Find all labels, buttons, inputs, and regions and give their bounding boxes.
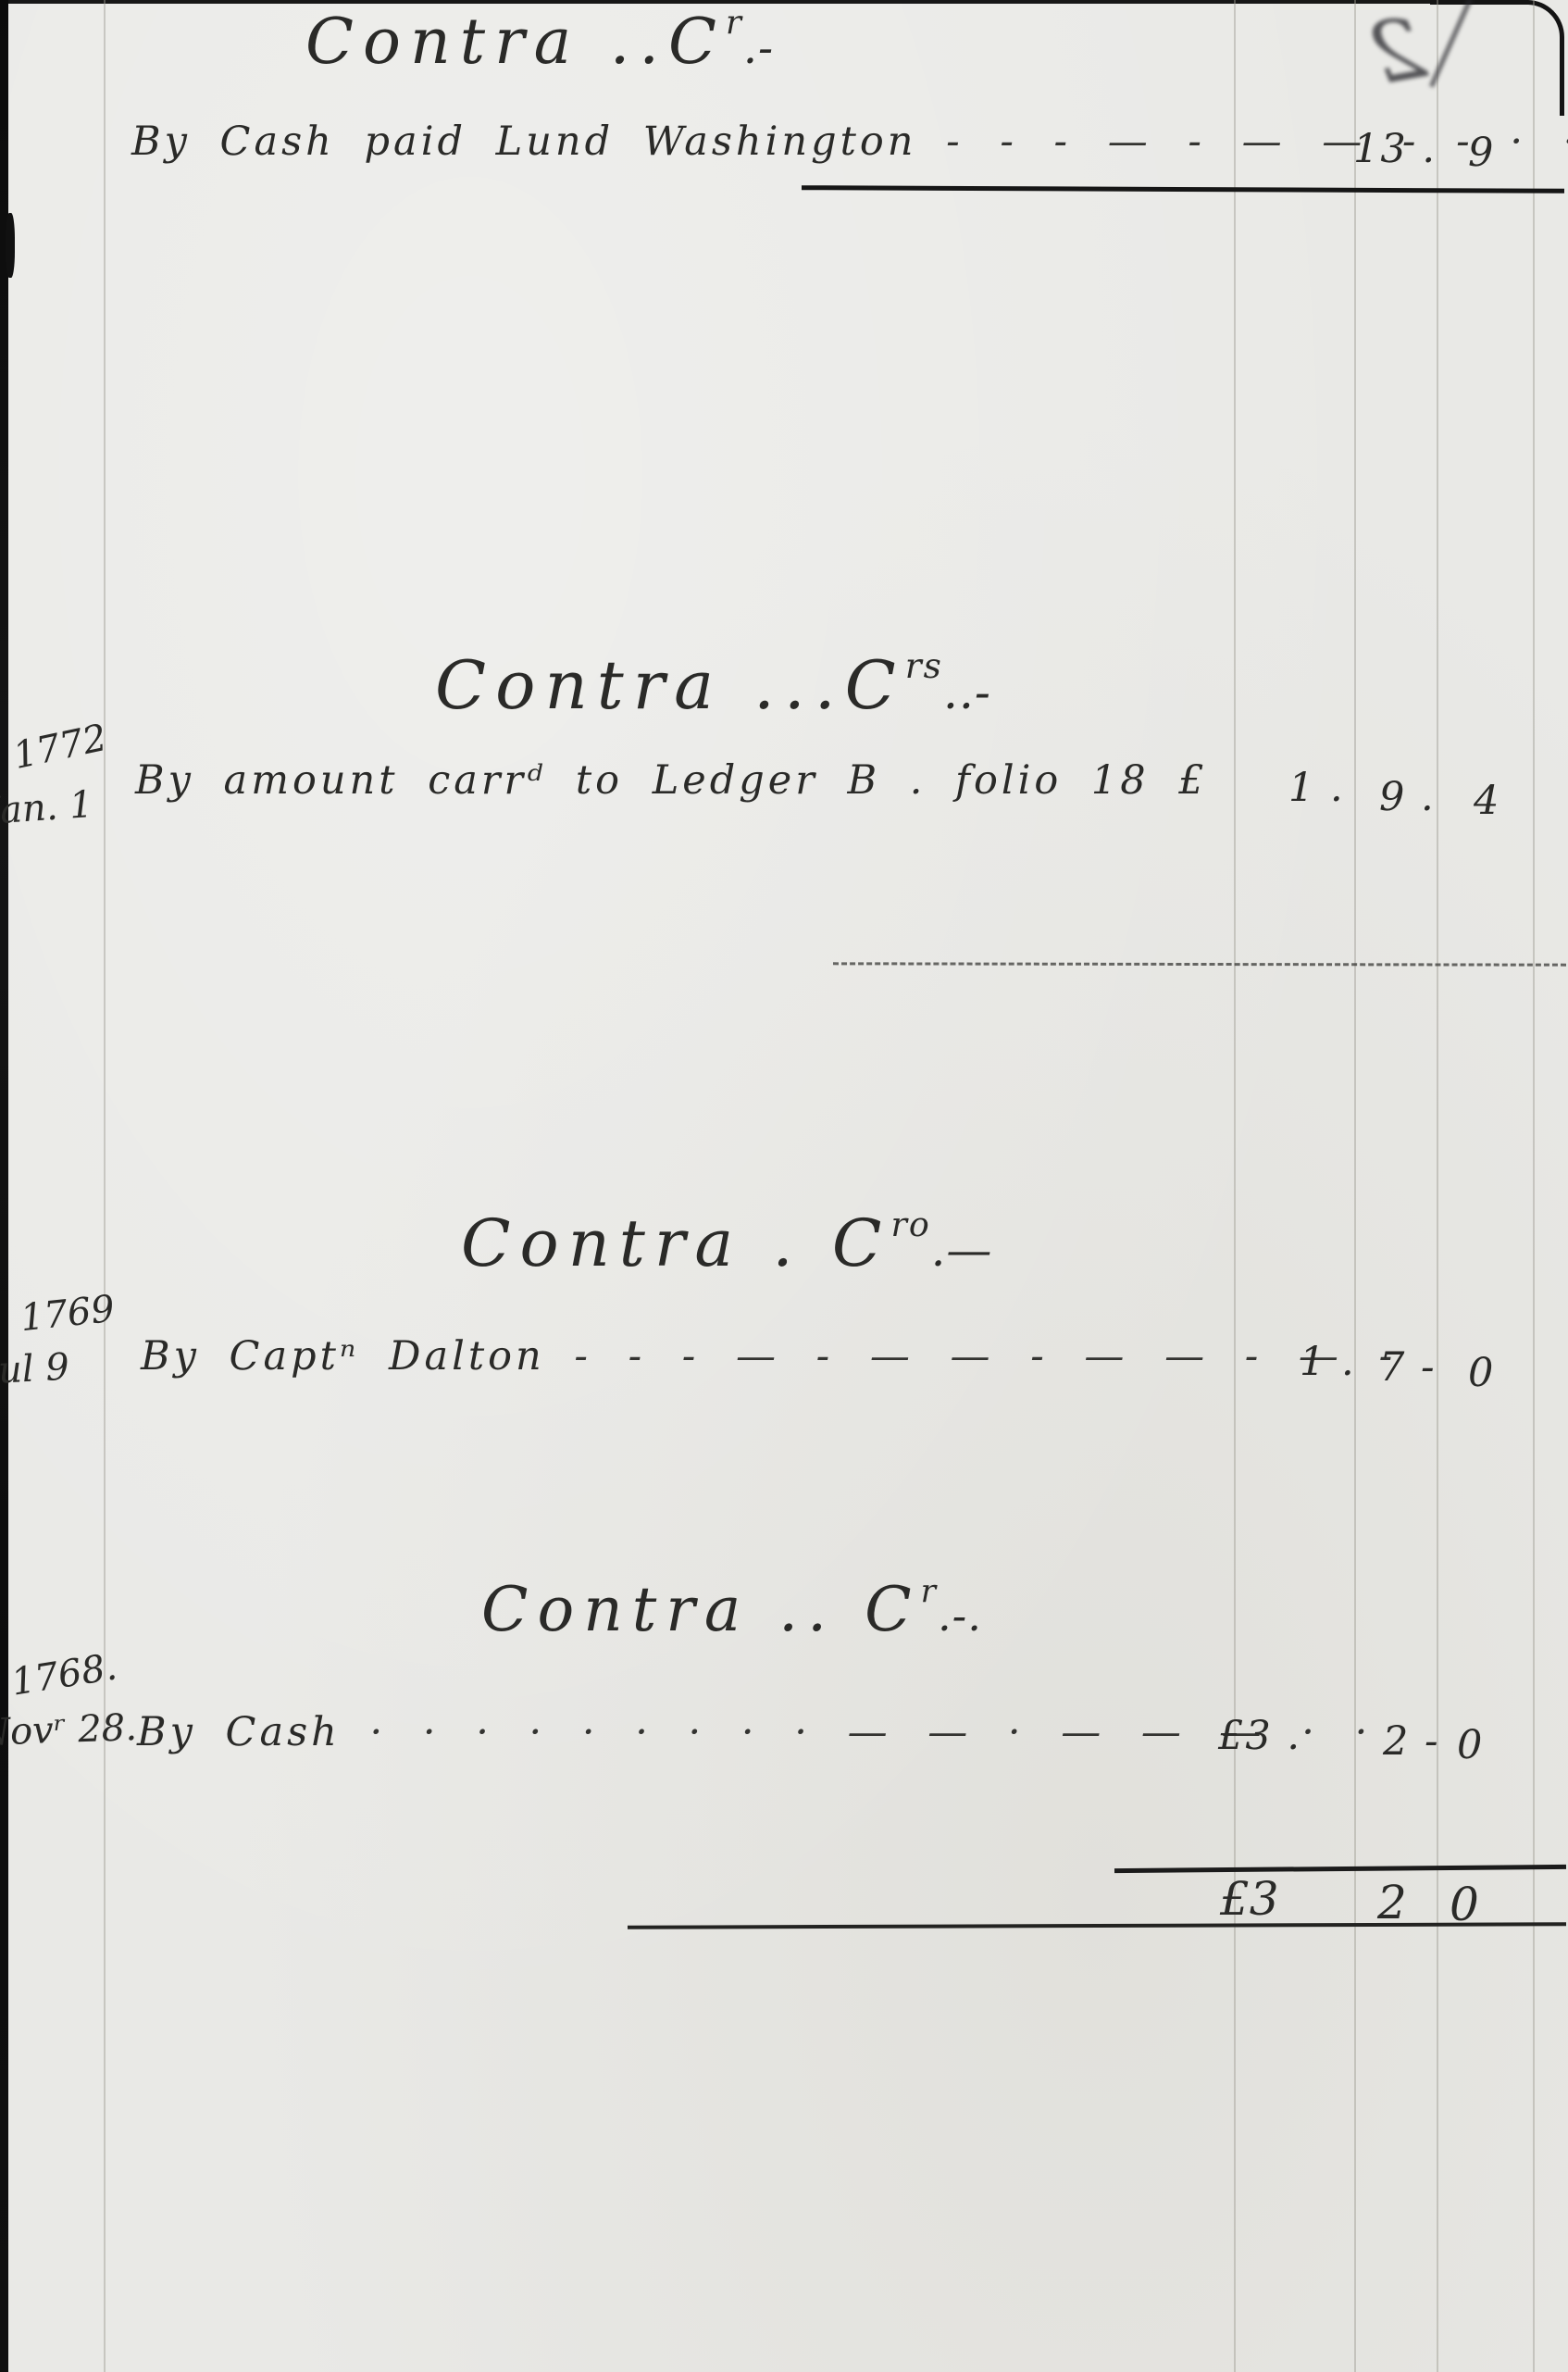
heading-superscript: rs [905,645,943,686]
page-corner-border [1430,0,1564,116]
amount-shillings: 2 - [1383,1718,1440,1765]
total-rule-bottom [628,1922,1566,1929]
heading-text: Contra .. C [481,1574,921,1645]
column-rule-pounds [1234,0,1236,2372]
heading-text: Contra . C [461,1205,890,1281]
amount-pence: 9 [1468,130,1495,176]
heading-superscript: r [921,1573,938,1610]
total-shillings: 2 [1377,1876,1407,1929]
column-rule-edge [1533,0,1535,2372]
margin-day: Jan. 1 [0,783,94,833]
entry-line: By Cash · · · · · · · · · — — · — — — · … [137,1709,1378,1755]
bleedthrough-page-number: 2 [1362,0,1432,105]
amount-pence: 0 [1457,1722,1484,1768]
margin-year: 1772 [9,717,110,778]
entry-text: By Captⁿ Dalton [141,1333,545,1380]
section-2-heading: Contra ...Crs..- [435,646,991,724]
scan-edge-left [0,0,8,2372]
section-4-heading: Contra .. Cr.-. [481,1574,982,1645]
dash-leaders: - - - — - — — - — — - — - [574,1333,1403,1380]
section-1-heading: Contra ..Cr.- [305,6,774,79]
heading-text: Contra ..C [305,6,726,79]
scan-edge-blemish [6,213,15,278]
heading-flourish: .— [931,1224,993,1277]
total-pounds: £3 [1220,1872,1279,1926]
amount-shillings: 7 - [1379,1344,1437,1391]
column-rule-shillings [1354,0,1356,2372]
section-3-heading: Contra . Cro.— [461,1205,992,1281]
column-rule-pence [1437,0,1438,2372]
amount-pounds: 1 . [1300,1339,1356,1385]
margin-rule [104,0,106,2372]
margin-day: Novʳ 28. [0,1706,138,1754]
heading-superscript: r [726,4,743,42]
amount-pounds: £3 . [1218,1713,1301,1759]
amount-shillings: 13 . [1353,126,1437,172]
heading-flourish: .-. [938,1591,982,1641]
total-rule-top [1114,1865,1566,1873]
amount-shillings: 9 . [1379,774,1436,820]
heading-flourish: .- [743,23,774,74]
section-divider-rule [833,962,1566,966]
entry-underline [802,185,1564,194]
amount-pounds: 1 . [1288,765,1345,811]
amount-pence: 4 [1474,778,1500,824]
margin-year: 1769 [19,1288,117,1340]
entry-text: By amount carrᵈ to Ledger B . folio 18 £ [135,757,1208,804]
entry-line: By Captⁿ Dalton - - - — - — — - — — - — … [141,1333,1403,1380]
entry-text: By Cash [137,1709,341,1755]
heading-flourish: ..- [943,665,991,719]
ledger-page: 2 Contra ..Cr.- By Cash paid Lund Washin… [0,0,1568,2372]
entry-text: By Cash paid Lund Washington [131,119,916,165]
amount-pence: 0 [1468,1350,1495,1396]
entry-line: By amount carrᵈ to Ledger B . folio 18 £ [135,757,1208,804]
heading-superscript: ro [890,1205,930,1244]
margin-day: Jul 9 [0,1346,70,1393]
heading-text: Contra ...C [435,646,905,724]
